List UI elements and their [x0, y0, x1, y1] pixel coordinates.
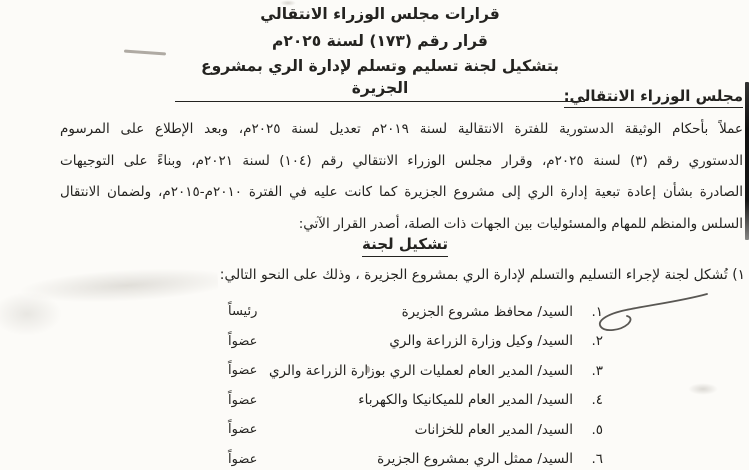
- preamble-line: الدستوري رقم (٣) لسنة ٢٠٢٥م، وقرار مجلس …: [60, 146, 743, 178]
- committee-formation-clause: ١) تُشكل لجنة لإجراء التسليم والتسلم لإد…: [150, 267, 745, 283]
- decree-subject-line: بتشكيل لجنة تسليم وتسلم لإدارة الري بمشر…: [175, 55, 585, 102]
- preamble-line: عملاً بأحكام الوثيقة الدستورية للفترة ال…: [60, 114, 743, 146]
- scan-dash-mark: [124, 50, 166, 56]
- member-title: السيد/ المدير العام لعمليات الري بوزارة …: [269, 363, 573, 379]
- document-header: قرارات مجلس الوزراء الانتقالي قرار رقم (…: [175, 1, 585, 102]
- member-title: السيد/ المدير العام للميكانيكا والكهرباء: [358, 392, 573, 408]
- table-row: ٤.السيد/ المدير العام للميكانيكا والكهرب…: [0, 386, 749, 416]
- member-role: عضواً: [228, 422, 257, 437]
- member-title: السيد/ وكيل وزارة الزراعة والري: [389, 333, 573, 349]
- member-role: رئيساً: [228, 304, 257, 319]
- member-role: عضواً: [228, 452, 257, 467]
- table-row: ٦.السيد/ ممثل الري بمشروع الجزيرة عضواً: [0, 445, 749, 470]
- member-title: السيد/ المدير العام للخزانات: [415, 422, 573, 438]
- table-row: ١.السيد/ محافظ مشروع الجزيرة رئيساً: [0, 297, 749, 327]
- member-title: السيد/ ممثل الري بمشروع الجزيرة: [377, 451, 573, 467]
- table-row: ٢.السيد/ وكيل وزارة الزراعة والري عضواً: [0, 327, 749, 357]
- member-number: ٥.: [573, 422, 603, 438]
- decree-number-line: قرار رقم (١٧٣) لسنة ٢٠٢٥م: [175, 28, 585, 55]
- member-number: ١.: [573, 304, 603, 320]
- committee-member-list: ١.السيد/ محافظ مشروع الجزيرة رئيساً ٢.ال…: [0, 297, 749, 470]
- member-role: عضواً: [228, 334, 257, 349]
- section-heading: تشكيل لجنة: [362, 235, 448, 257]
- issuing-body-heading: مجلس الوزراء الانتقالي:: [564, 87, 743, 108]
- member-number: ٦.: [573, 451, 603, 467]
- table-row: ٣.السيد/ المدير العام لعمليات الري بوزار…: [0, 356, 749, 386]
- member-number: ٢.: [573, 333, 603, 349]
- decree-source-title: قرارات مجلس الوزراء الانتقالي: [175, 1, 585, 28]
- scan-edge-strip: [745, 82, 749, 240]
- member-role: عضواً: [228, 393, 257, 408]
- member-title: السيد/ محافظ مشروع الجزيرة: [402, 304, 573, 320]
- scanned-decree-document: قرارات مجلس الوزراء الانتقالي قرار رقم (…: [0, 0, 749, 470]
- member-number: ٤.: [573, 392, 603, 408]
- member-role: عضواً: [228, 363, 257, 378]
- table-row: ٥.السيد/ المدير العام للخزانات عضواً: [0, 415, 749, 445]
- preamble-line: الصادرة بشأن إعادة تبعية إدارة الري إلى …: [60, 177, 743, 209]
- preamble-paragraph: عملاً بأحكام الوثيقة الدستورية للفترة ال…: [60, 114, 743, 240]
- member-number: ٣.: [573, 363, 603, 379]
